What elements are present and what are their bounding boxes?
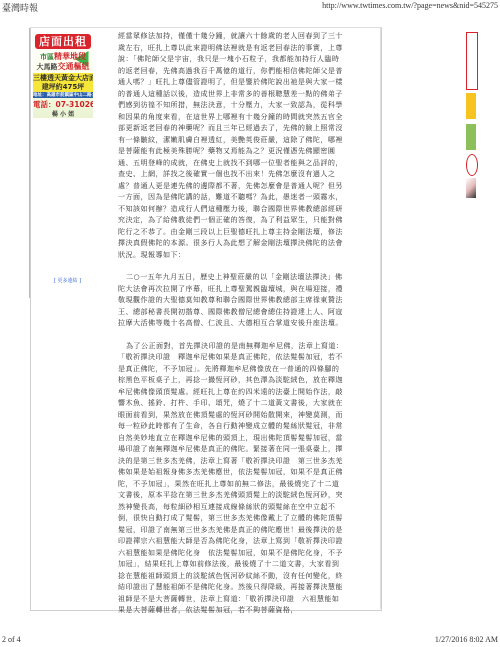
article-body: 經當眾修法加持，僅僅十幾分鐘，就讓六十餘歲的老人回春到了三十歲左右，旺扎上尊以此…: [118, 30, 346, 616]
left-column-divider: [29, 28, 30, 298]
article-paragraph: 二○一五年九月五日，歷史上神聖莊嚴的以「金剛法壇法擇決」佛陀大法會再次拉開了序幕…: [118, 271, 346, 329]
ad-contact: 楊 小 姐: [33, 109, 93, 118]
side-banner-ad-1[interactable]: [466, 32, 478, 90]
ad-line-2: 大馬路交通樞紐: [33, 61, 93, 72]
page-indicator: 2 of 4: [2, 635, 21, 644]
site-name: 臺灣時報: [2, 1, 38, 14]
right-column-divider: [380, 27, 381, 609]
ad-address: 地址：高雄市前鎮區中山二路○○號: [33, 92, 93, 98]
more-links-link[interactable]: [ 更多連結 ]: [54, 277, 81, 284]
side-banner-ad-3[interactable]: [466, 124, 476, 150]
article-paragraph: 為了公正面對，首先擇決印證的是南無釋迦牟尼佛，法章上寫道：「敬祈擇決印證 釋迦牟…: [118, 340, 346, 616]
side-banner-ad-2[interactable]: [466, 93, 476, 119]
print-timestamp: 1/27/2016 8:02 AM: [435, 635, 498, 644]
rental-advertisement[interactable]: 店面出租 市區精華地段 大馬路交通樞紐 三樓透天黃金大店面 建坪約475坪 地址…: [33, 32, 93, 118]
article-paragraph: 經當眾修法加持，僅僅十幾分鐘，就讓六十餘歲的老人回春到了三十歲左右，旺扎上尊以此…: [118, 30, 346, 260]
side-banner-ad-4[interactable]: [466, 154, 478, 176]
side-banner-ad-5[interactable]: [466, 178, 476, 198]
page-url: http://www.twtimes.com.tw/?page=news&nid…: [322, 1, 498, 10]
ad-line-4: 建坪約475坪: [33, 82, 93, 92]
